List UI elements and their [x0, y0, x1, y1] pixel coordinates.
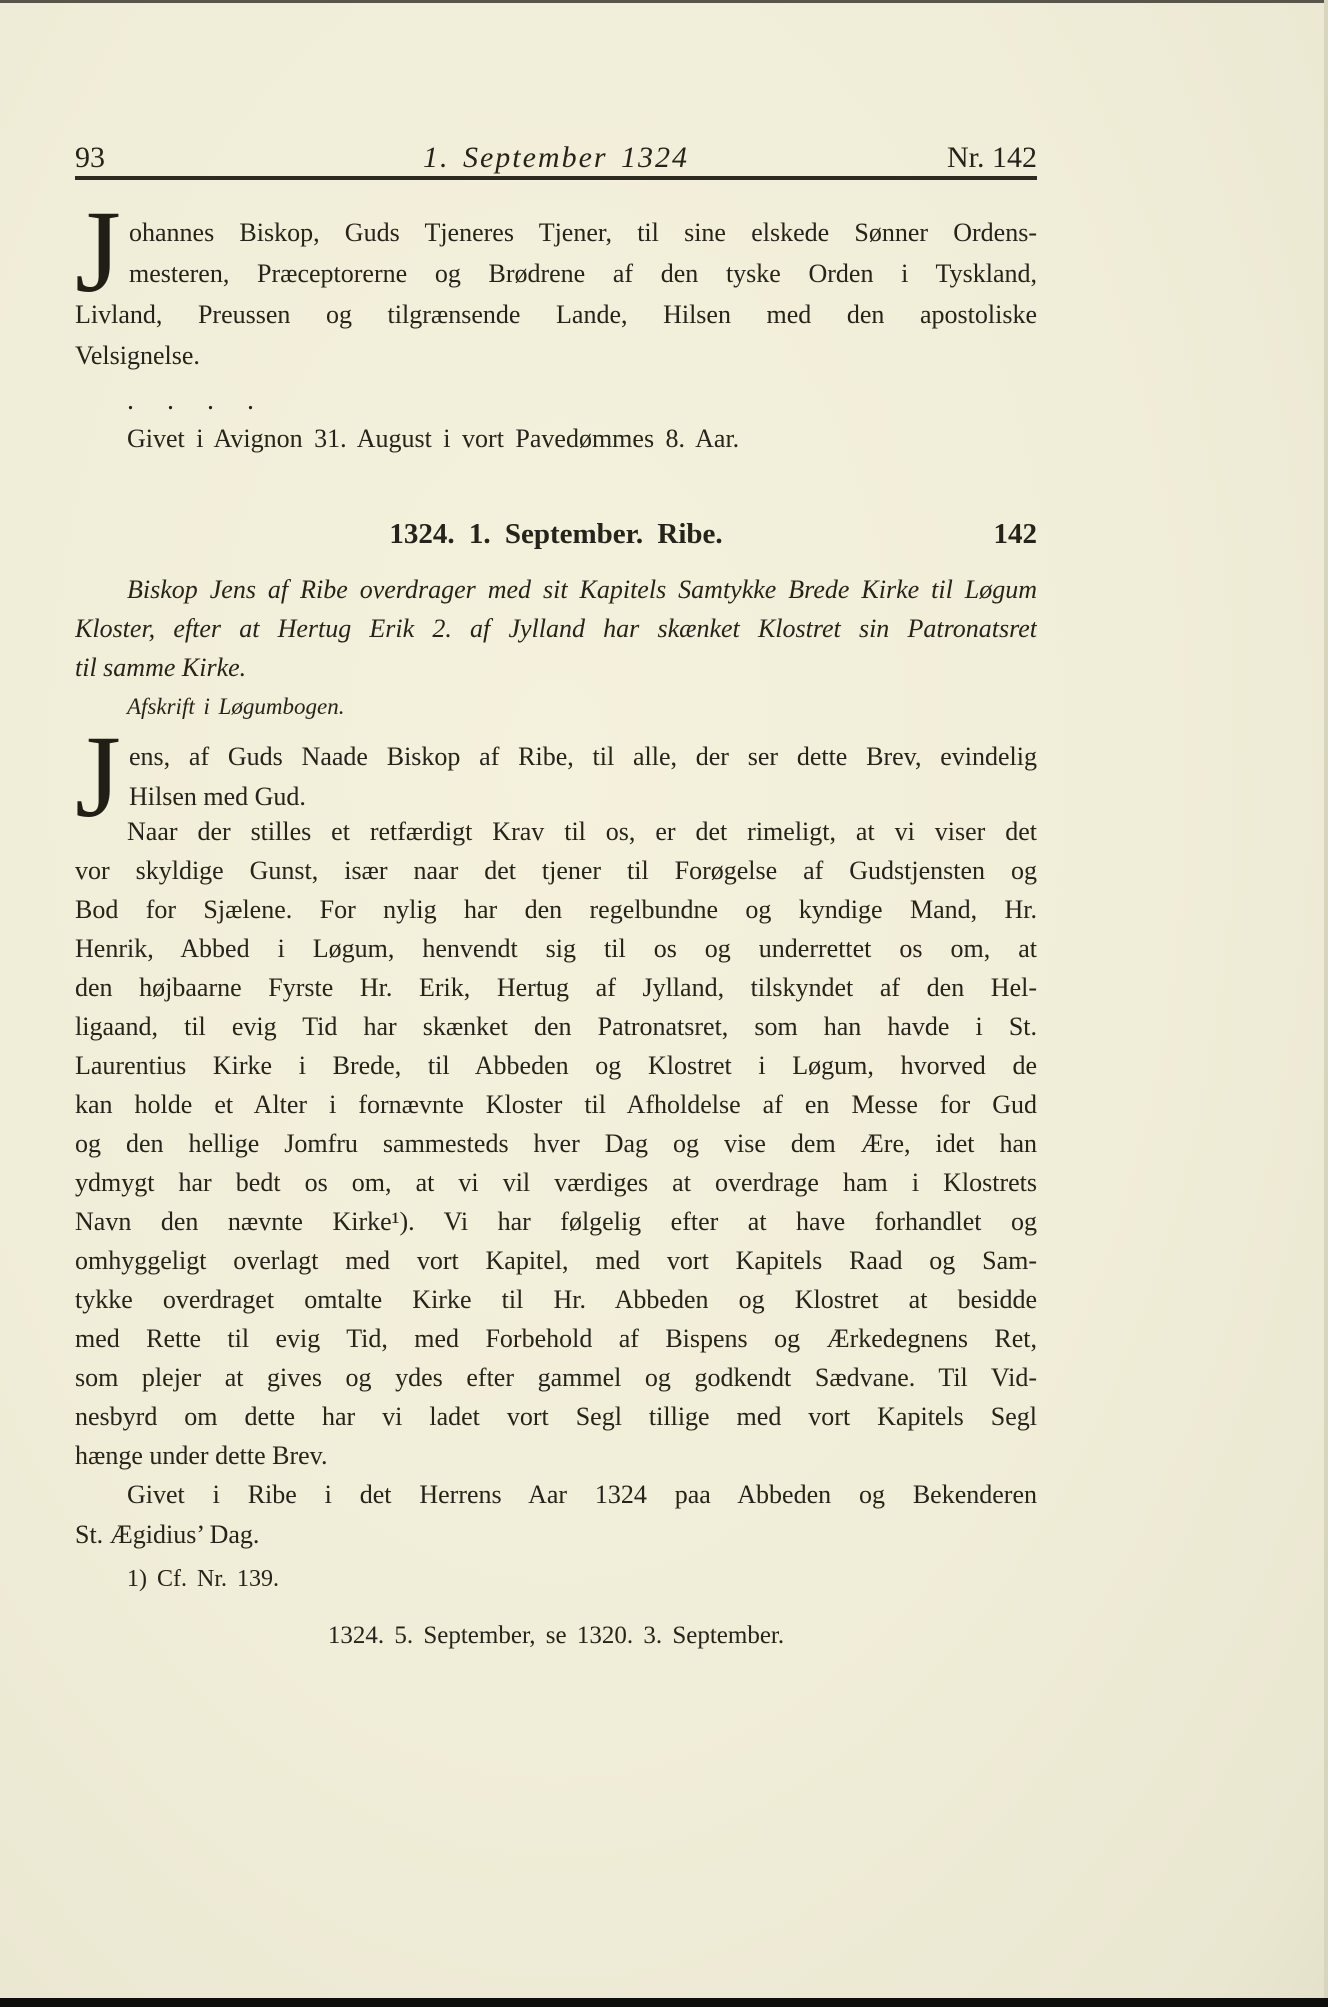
body-line: tykke overdraget omtalte Kirke til Hr. A…	[75, 1280, 1037, 1319]
body-line: nesbyrd om dette har vi ladet vort Segl …	[75, 1397, 1037, 1436]
footnote: 1) Cf. Nr. 139.	[75, 1566, 1089, 1593]
running-title: 1. September 1324	[75, 141, 1037, 175]
previous-entry-dateline: Givet i Avignon 31. August i vort Pavedø…	[75, 424, 1089, 454]
body-line: ydmygt har bedt os om, at vi vil værdige…	[75, 1163, 1037, 1202]
body-line: omhyggeligt overlagt med vort Kapitel, m…	[75, 1241, 1037, 1280]
text-line: ohannes Biskop, Guds Tjeneres Tjener, ti…	[129, 212, 1037, 253]
body-line: vor skyldige Gunst, især naar det tjener…	[75, 851, 1037, 890]
summary-line: til samme Kirke.	[75, 648, 1037, 687]
document-number: Nr. 142	[947, 141, 1037, 175]
entry-closing: Givet i Ribe i det Herrens Aar 1324 paa …	[75, 1475, 1037, 1555]
body-line: hænge under dette Brev.	[75, 1436, 1037, 1475]
text-line: Velsignelse.	[75, 335, 1037, 376]
body-line: den højbaarne Fyrste Hr. Erik, Hertug af…	[75, 968, 1037, 1007]
cross-reference: 1324. 5. September, se 1320. 3. Septembe…	[75, 1622, 1037, 1650]
page-header: 93 1. September 1324 Nr. 142	[75, 141, 1037, 175]
entry-salutation: J ens, af Guds Naade Biskop af Ribe, til…	[75, 737, 1037, 817]
scan-bottom-edge	[0, 1998, 1328, 2007]
text-line: Livland, Preussen og tilgrænsende Lande,…	[75, 294, 1037, 335]
body-line: ligaand, til evig Tid har skænket den Pa…	[75, 1007, 1037, 1046]
body-line: Laurentius Kirke i Brede, til Abbeden og…	[75, 1046, 1037, 1085]
entry-heading-row: 1324. 1. September. Ribe. 142	[75, 518, 1037, 551]
body-line: Naar der stilles et retfærdigt Krav til …	[75, 812, 1037, 851]
body-line: kan holde et Alter i fornævnte Kloster t…	[75, 1085, 1037, 1124]
scan-right-edge	[1324, 0, 1328, 2007]
body-line: og den hellige Jomfru sammesteds hver Da…	[75, 1124, 1037, 1163]
drop-cap-initial: J	[75, 737, 129, 817]
body-line: Navn den nævnte Kirke¹). Vi har følgelig…	[75, 1202, 1037, 1241]
omission-marks: . . . .	[75, 385, 1089, 417]
text-line: ens, af Guds Naade Biskop af Ribe, til a…	[129, 737, 1037, 777]
previous-entry-paragraph: J ohannes Biskop, Guds Tjeneres Tjener, …	[75, 212, 1037, 376]
scan-top-edge	[0, 0, 1328, 3]
entry-body: Naar der stilles et retfærdigt Krav til …	[75, 812, 1037, 1475]
entry-number: 142	[994, 518, 1038, 551]
scanned-book-page: 93 1. September 1324 Nr. 142 J ohannes B…	[0, 0, 1328, 2007]
body-line: som plejer at gives og ydes efter gammel…	[75, 1358, 1037, 1397]
entry-heading: 1324. 1. September. Ribe.	[75, 518, 1037, 551]
entry-summary: Biskop Jens af Ribe overdrager med sit K…	[75, 570, 1037, 687]
body-line: med Rette til evig Tid, med Forbehold af…	[75, 1319, 1037, 1358]
closing-line: Givet i Ribe i det Herrens Aar 1324 paa …	[75, 1475, 1037, 1515]
body-line: Bod for Sjælene. For nylig har den regel…	[75, 890, 1037, 929]
source-note: Afskrift i Løgumbogen.	[75, 694, 1089, 720]
text-line: Hilsen med Gud.	[75, 777, 1037, 817]
body-line: Henrik, Abbed i Løgum, henvendt sig til …	[75, 929, 1037, 968]
drop-cap-initial: J	[75, 212, 129, 292]
text-line: mesteren, Præceptorerne og Brødrene af d…	[129, 253, 1037, 294]
summary-line: Kloster, efter at Hertug Erik 2. af Jyll…	[75, 609, 1037, 648]
closing-line: St. Ægidius’ Dag.	[75, 1515, 1037, 1555]
header-rule	[75, 176, 1037, 180]
summary-line: Biskop Jens af Ribe overdrager med sit K…	[75, 570, 1037, 609]
